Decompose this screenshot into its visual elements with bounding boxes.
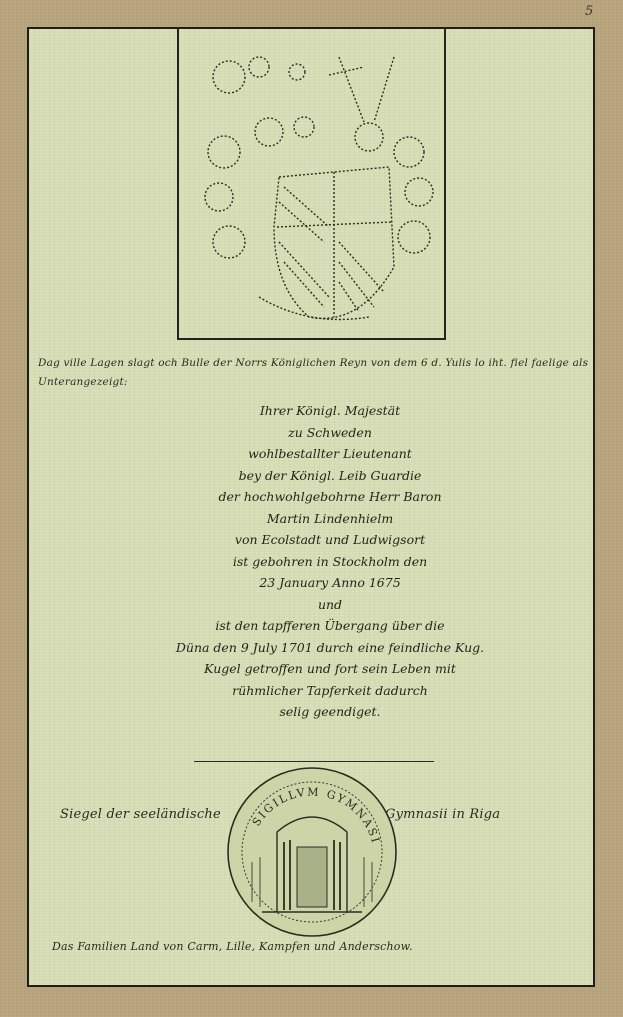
inscription-line: von Ecolstadt und Ludwigsort [120, 529, 540, 551]
inscription-line: wohlbestallter Lieutenant [120, 443, 540, 465]
inscription-line: bey der Königl. Leib Guardie [120, 465, 540, 487]
page-number: 5 [585, 4, 593, 19]
coat-of-arms-frame [177, 27, 446, 340]
inscription-line: und [120, 594, 540, 616]
seal-label-left: Siegel der seeländische [60, 807, 221, 822]
seal-label-right: Gymnasii in Riga [385, 807, 500, 822]
inscription-line: ist den tapfferen Übergang über die [120, 615, 540, 637]
inscription-line: rühmlicher Tapferkeit dadurch [120, 680, 540, 702]
inscription-line: der hochwohlgebohrne Herr Baron [120, 486, 540, 508]
inscription-line: zu Schweden [120, 422, 540, 444]
intro-text: Dag ville Lagen slagt och Bulle der Norr… [38, 354, 598, 392]
inscription-line: Ihrer Königl. Majestät [120, 400, 540, 422]
inscription-line: Martin Lindenhielm [120, 508, 540, 530]
coat-of-arms-icon [179, 27, 448, 340]
inscription-line: 23 January Anno 1675 [120, 572, 540, 594]
footer-text: Das Familien Land von Carm, Lille, Kampf… [52, 940, 413, 953]
inscription: Ihrer Königl. Majestätzu Schwedenwohlbes… [120, 400, 540, 723]
inscription-line: selig geendiget. [120, 701, 540, 723]
inscription-line: Kugel getroffen und fort sein Leben mit [120, 658, 540, 680]
seal-icon: SIGILLVM GYMNASII [222, 762, 402, 946]
inscription-line: ist gebohren in Stockholm den [120, 551, 540, 573]
inscription-line: Düna den 9 July 1701 durch eine feindlic… [120, 637, 540, 659]
